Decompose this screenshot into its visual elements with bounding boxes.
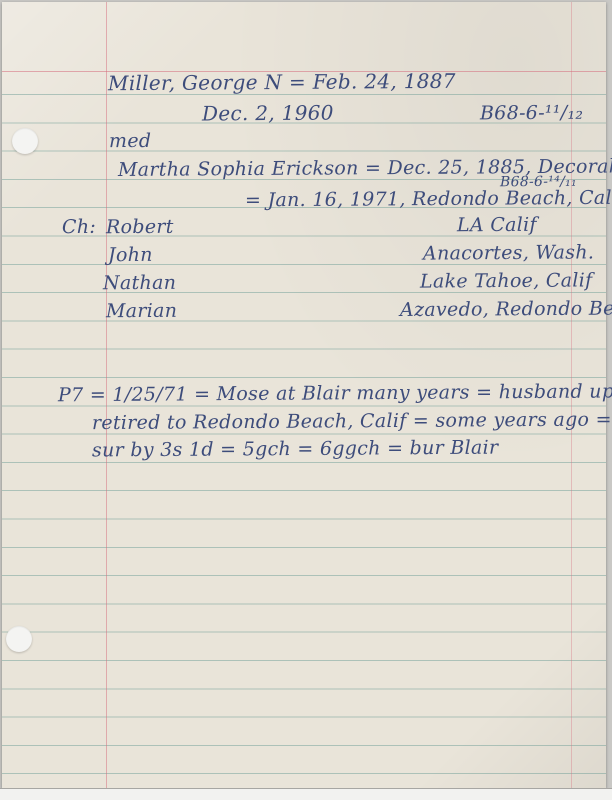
notes-line: retired to Redondo Beach, Calif = some y… [92,408,612,434]
children-label: Ch: [62,216,96,238]
child-location: Lake Tahoe, Calif [420,269,593,292]
scanner-edge [0,788,612,800]
notes-line: P7 = 1/25/71 = Mose at Blair many years … [58,380,612,407]
hole-punch-bottom [6,626,32,652]
child-name: Nathan [103,272,176,295]
child-name: Robert [106,216,174,238]
notes-line: sur by 3s 1d = 5gch = 6ggch = bur Blair [92,437,498,462]
spouse-death-line: = Jan. 16, 1971, Redondo Beach, Calif. [245,187,612,212]
reference-number-1: B68-6-¹¹/₁₂ [480,102,583,125]
married-label: med [109,130,151,152]
death-date: Dec. 2, 1960 [202,101,334,126]
name-birth-line: Miller, George N = Feb. 24, 1887 [108,69,456,95]
child-location: Azavedo, Redondo Beach, Cf. [400,297,612,321]
child-name: Marian [106,300,177,322]
hole-punch-top [12,128,38,154]
notebook-page: Miller, George N = Feb. 24, 1887 Dec. 2,… [2,2,606,788]
child-location: Anacortes, Wash. [423,241,594,264]
child-name: John [108,244,153,266]
child-location: LA Calif [457,214,537,237]
